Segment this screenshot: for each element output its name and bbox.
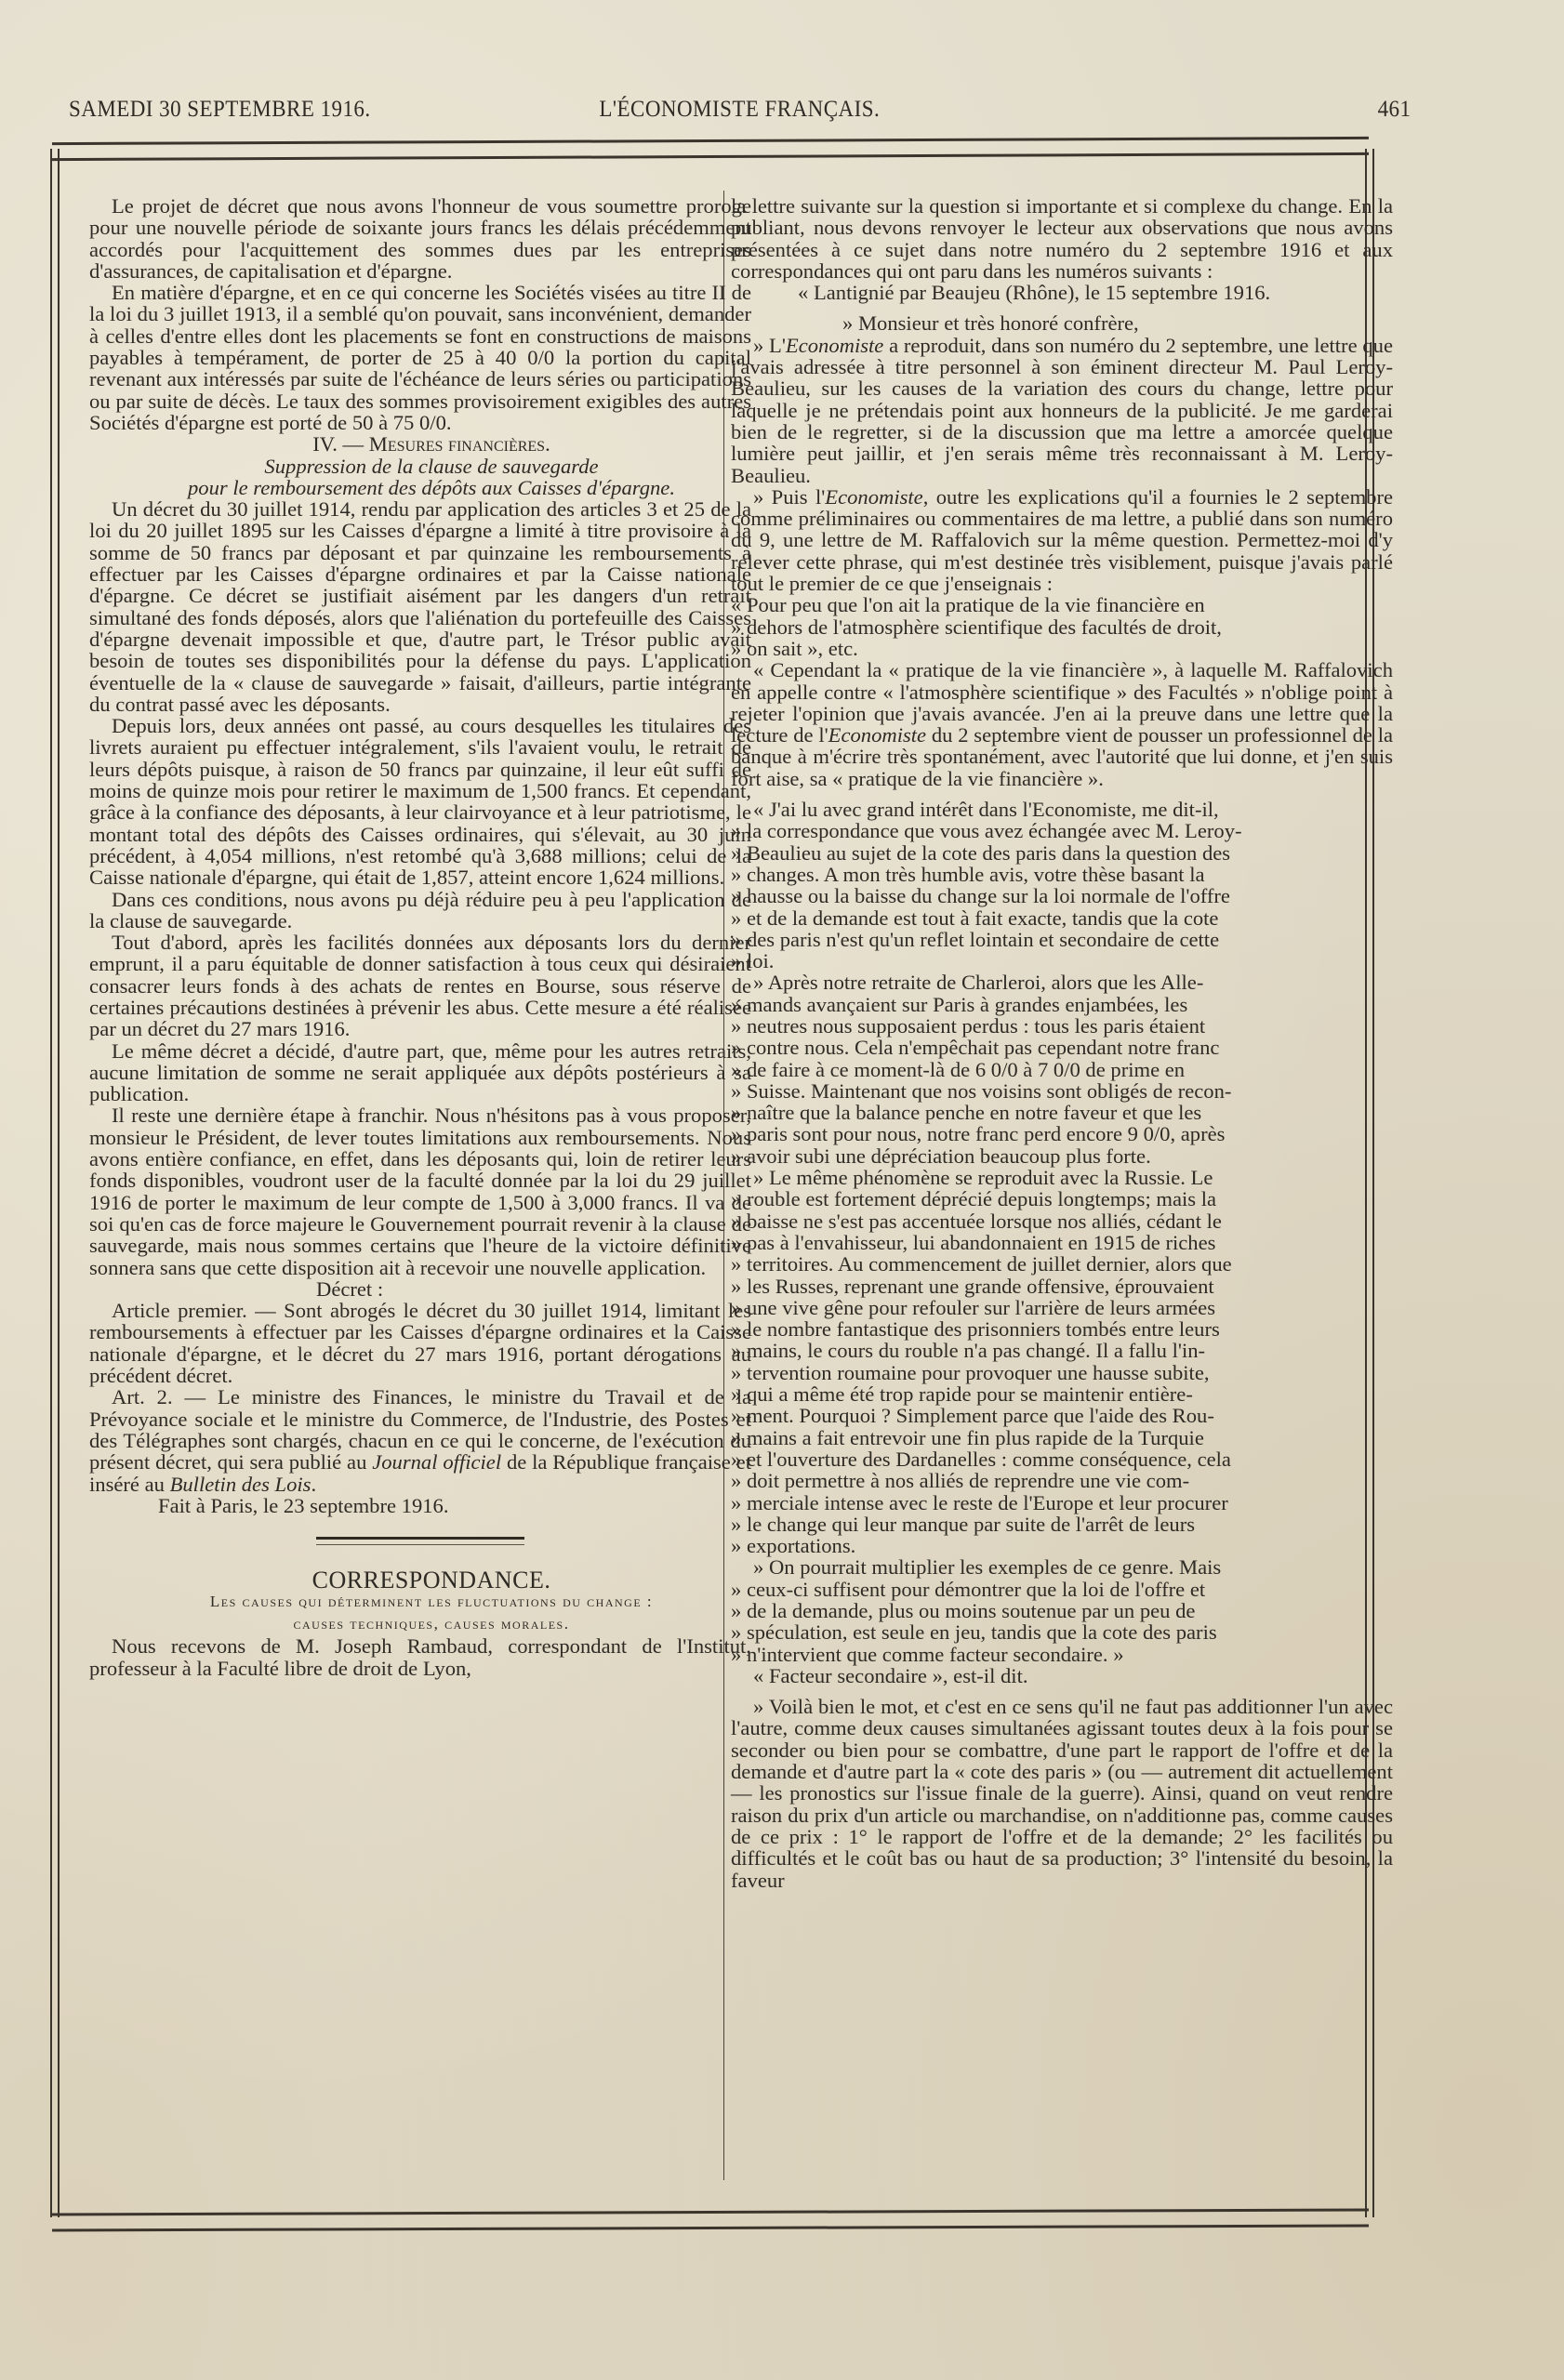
paragraph: » Voilà bien le mot, et c'est en ce sens… xyxy=(731,1696,1393,1891)
left-column: Le projet de décret que nous avons l'hon… xyxy=(89,195,751,1679)
frame-top-rule xyxy=(52,137,1369,161)
article-2: Art. 2. — Le ministre des Finances, le m… xyxy=(89,1386,751,1494)
paragraph: Depuis lors, deux années ont passé, au c… xyxy=(89,715,751,888)
quote-line: » ceux-ci suffisent pour démontrer que l… xyxy=(731,1579,1393,1600)
quote-line: » territoires. Au commencement de juille… xyxy=(731,1253,1393,1275)
quote-line: » les Russes, reprenant une grande offen… xyxy=(731,1276,1393,1297)
quote-line: » qui a même été trop rapide pour se mai… xyxy=(731,1383,1393,1405)
paragraph: » L'Economiste a reproduit, dans son num… xyxy=(731,335,1393,486)
economiste-title: Economiste xyxy=(825,485,922,509)
paragraph: Tout d'abord, après les facilités donnée… xyxy=(89,932,751,1039)
quote-line: » naître que la balance penche en notre … xyxy=(731,1102,1393,1123)
text: » L' xyxy=(753,334,786,357)
quote-line: » des paris n'est qu'un reflet lointain … xyxy=(731,929,1393,950)
paragraph: Nous recevons de M. Joseph Rambaud, corr… xyxy=(89,1635,751,1679)
quote-line: » On pourrait multiplier les exemples de… xyxy=(731,1556,1393,1578)
issue-date: SAMEDI 30 SEPTEMBRE 1916. xyxy=(69,97,371,123)
paragraph: « Facteur secondaire », est-il dit. xyxy=(731,1665,1393,1686)
quote-line: » Beaulieu au sujet de la cote des paris… xyxy=(731,842,1393,864)
quote-line: » doit permettre à nos alliés de reprend… xyxy=(731,1470,1393,1491)
text: . xyxy=(311,1473,316,1496)
section-subtitle: pour le remboursement des dépôts aux Cai… xyxy=(89,477,751,498)
quote-line: » paris sont pour nous, notre franc perd… xyxy=(731,1123,1393,1144)
frame-bottom-rule xyxy=(52,2209,1369,2232)
quote-line: » changes. A mon très humble avis, votre… xyxy=(731,864,1393,885)
quote-line: » baisse ne s'est pas accentuée lorsque … xyxy=(731,1210,1393,1232)
quote-line: » mains, le cours du rouble n'a pas chan… xyxy=(731,1340,1393,1361)
correspondance-title: CORRESPONDANCE. xyxy=(89,1569,751,1591)
correspondance-subtitle: causes techniques, causes morales. xyxy=(89,1613,751,1635)
text: » Puis l' xyxy=(753,485,825,509)
page-number: 461 xyxy=(1378,97,1412,123)
quote-line: » la correspondance que vous avez échang… xyxy=(731,820,1393,841)
journal-officiel: Journal officiel xyxy=(372,1450,501,1474)
section-heading: IV. — Mesures financières. xyxy=(89,433,751,455)
quote-line: » de faire à ce moment-là de 6 0/0 à 7 0… xyxy=(731,1059,1393,1080)
quote-line: » spéculation, est seule en jeu, tandis … xyxy=(731,1621,1393,1643)
quote-line: » de la demande, plus ou moins soutenue … xyxy=(731,1600,1393,1621)
quote-line: » ment. Pourquoi ? Simplement parce que … xyxy=(731,1405,1393,1426)
frame-left-rule xyxy=(50,149,60,2217)
quote-line: » n'intervient que comme facteur seconda… xyxy=(731,1644,1393,1665)
paragraph: Il reste une dernière étape à franchir. … xyxy=(89,1104,751,1277)
text: a reproduit, dans son numéro du 2 septem… xyxy=(731,334,1393,487)
quote-line: » et l'ouverture des Dardanelles : comme… xyxy=(731,1448,1393,1470)
quote-line: » le change qui leur manque par suite de… xyxy=(731,1514,1393,1535)
quote-line: » Suisse. Maintenant que nos voisins son… xyxy=(731,1080,1393,1102)
quote-line: » Le même phénomène se reproduit avec la… xyxy=(731,1167,1393,1188)
quote-line: » merciale intense avec le reste de l'Eu… xyxy=(731,1492,1393,1514)
quote-line: » et de la demande est tout à fait exact… xyxy=(731,907,1393,929)
quote-line: » une vive gêne pour refouler sur l'arri… xyxy=(731,1297,1393,1318)
quote-line: » Après notre retraite de Charleroi, alo… xyxy=(731,972,1393,993)
section-title: Mesures financières. xyxy=(369,432,550,456)
quote-line: » contre nous. Cela n'empêchait pas cepe… xyxy=(731,1037,1393,1058)
letter-salutation: » Monsieur et très honoré confrère, xyxy=(731,312,1393,334)
quote-line: » on sait », etc. xyxy=(731,638,1393,659)
quote-line: « Pour peu que l'on ait la pratique de l… xyxy=(731,594,1393,615)
section-subtitle: Suppression de la clause de sauvegarde xyxy=(89,456,751,477)
paragraph: En matière d'épargne, et en ce qui conce… xyxy=(89,282,751,433)
paragraph: Le même décret a décidé, d'autre part, q… xyxy=(89,1040,751,1105)
quote-line: » hausse ou la baisse du change sur la l… xyxy=(731,885,1393,906)
paragraph: » Puis l'Economiste, outre les explicati… xyxy=(731,486,1393,594)
running-head: SAMEDI 30 SEPTEMBRE 1916. L'ÉCONOMISTE F… xyxy=(69,97,1301,134)
quote-line: » tervention roumaine pour provoquer une… xyxy=(731,1362,1393,1383)
paragraph: Le projet de décret que nous avons l'hon… xyxy=(89,195,751,282)
economiste-title: Economiste xyxy=(786,334,883,357)
paragraph: « Cependant la « pratique de la vie fina… xyxy=(731,659,1393,789)
paragraph: Un décret du 30 juillet 1914, rendu par … xyxy=(89,498,751,715)
article-1: Article premier. — Sont abrogés le décre… xyxy=(89,1300,751,1386)
journal-title: L'ÉCONOMISTE FRANÇAIS. xyxy=(599,97,880,123)
decret-label: Décret : xyxy=(89,1278,751,1300)
quote-line: » avoir subi une dépréciation beaucoup p… xyxy=(731,1145,1393,1167)
signature-line: Fait à Paris, le 23 septembre 1916. xyxy=(89,1495,751,1516)
quote-line: « J'ai lu avec grand intérêt dans l'Econ… xyxy=(731,799,1393,820)
quote-line: » pas à l'envahisseur, lui abandonnaient… xyxy=(731,1232,1393,1253)
right-column: la lettre suivante sur la question si im… xyxy=(731,195,1393,1891)
letter-dateline: « Lantignié par Beaujeu (Rhône), le 15 s… xyxy=(731,282,1393,303)
quote-line: » mains a fait entrevoir une fin plus ra… xyxy=(731,1427,1393,1448)
quote-line: » neutres nous supposaient perdus : tous… xyxy=(731,1015,1393,1037)
quote-line: » exportations. xyxy=(731,1535,1393,1556)
quote-line: » rouble est fortement déprécié depuis l… xyxy=(731,1188,1393,1210)
quote-line: » dehors de l'atmosphère scientifique de… xyxy=(731,616,1393,638)
section-separator-rule xyxy=(316,1537,524,1545)
quote-line: » loi. xyxy=(731,950,1393,972)
bulletin-des-lois: Bulletin des Lois xyxy=(170,1473,311,1496)
paragraph: la lettre suivante sur la question si im… xyxy=(731,195,1393,282)
economiste-title: Economiste xyxy=(828,723,926,747)
quote-line: » mands avançaient sur Paris à grandes e… xyxy=(731,994,1393,1015)
paragraph: Dans ces conditions, nous avons pu déjà … xyxy=(89,889,751,932)
correspondance-subtitle: Les causes qui déterminent les fluctuati… xyxy=(89,1591,751,1613)
quote-line: » le nombre fantastique des prisonniers … xyxy=(731,1318,1393,1340)
section-number: IV. — xyxy=(312,432,364,456)
